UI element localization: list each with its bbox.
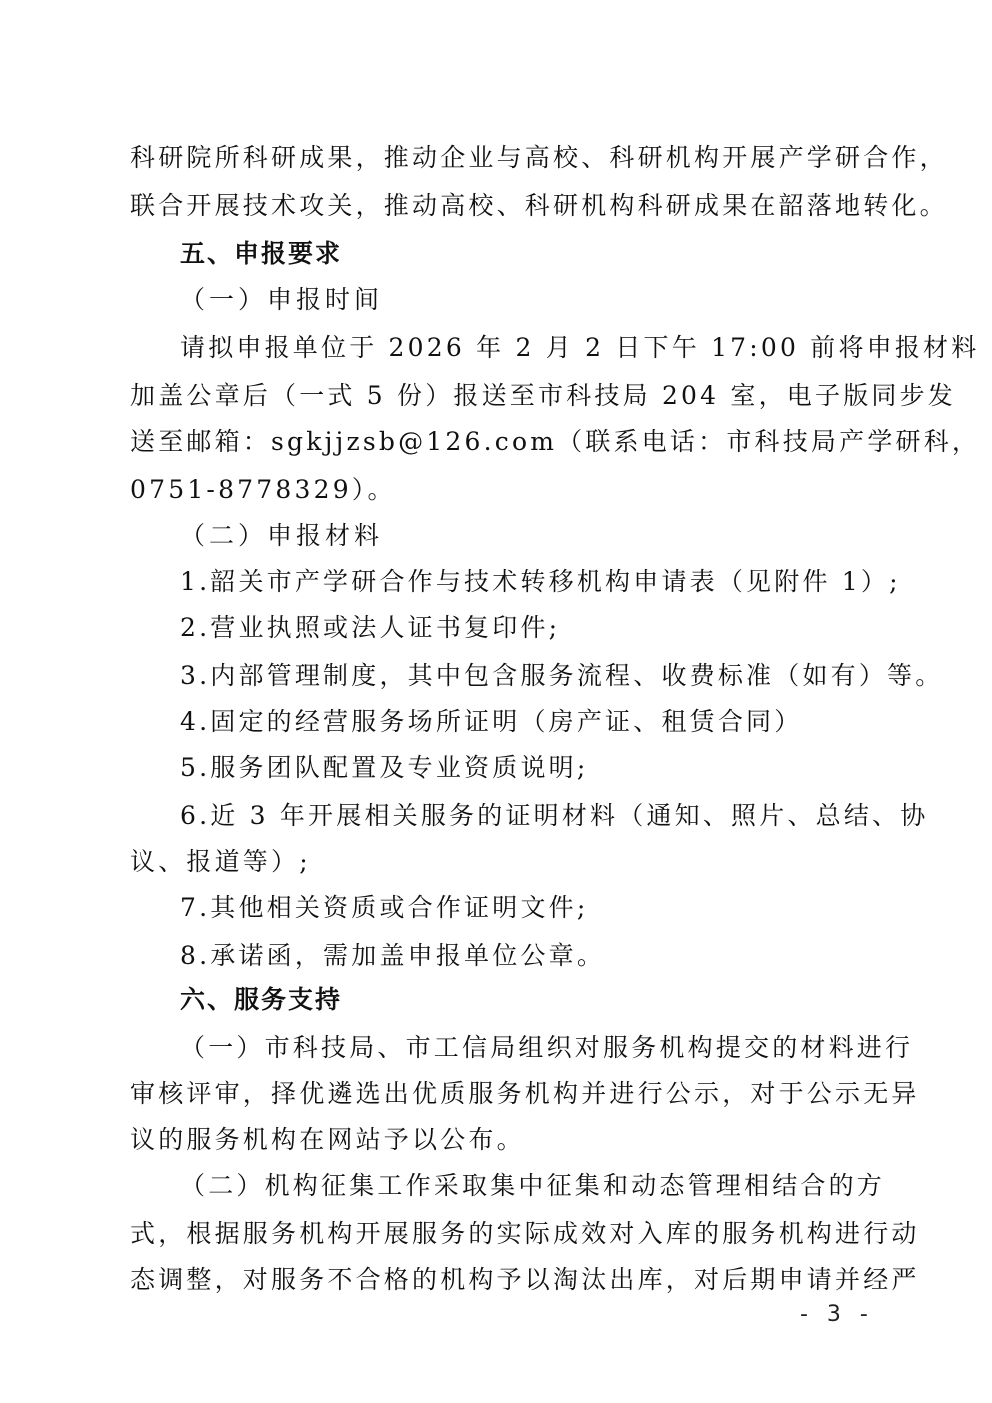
- list-item: 1.韶关市产学研合作与技术转移机构申请表（见附件 1）;: [180, 566, 920, 598]
- paragraph-line: 式，根据服务机构开展服务的实际成效对入库的服务机构进行动: [130, 1218, 870, 1250]
- list-item: 6.近 3 年开展相关服务的证明材料（通知、照片、总结、协: [180, 800, 920, 832]
- paragraph-line: 送至邮箱：sgkjjzsb@126.com（联系电话：市科技局产学研科，: [130, 426, 870, 458]
- list-item: 8.承诺函，需加盖申报单位公章。: [180, 940, 920, 972]
- paragraph-line: （二）机构征集工作采取集中征集和动态管理相结合的方: [180, 1170, 920, 1202]
- subsection-heading-materials: （二）申报材料: [180, 520, 920, 552]
- list-item: 5.服务团队配置及专业资质说明;: [180, 752, 920, 784]
- paragraph-line: 议的服务机构在网站予以公布。: [130, 1124, 870, 1156]
- section-heading-5: 五、申报要求: [180, 238, 920, 270]
- page-number: - 3 -: [800, 1302, 874, 1327]
- paragraph-line: 态调整，对服务不合格的机构予以淘汰出库，对后期申请并经严: [130, 1264, 870, 1296]
- list-item: 2.营业执照或法人证书复印件;: [180, 612, 920, 644]
- paragraph-line: 请拟申报单位于 2026 年 2 月 2 日下午 17:00 前将申报材料: [180, 332, 920, 364]
- list-item-continuation: 议、报道等）;: [130, 846, 870, 878]
- document-page: 科研院所科研成果，推动企业与高校、科研机构开展产学研合作， 联合开展技术攻关，推…: [0, 0, 992, 1403]
- list-item: 4.固定的经营服务场所证明（房产证、租赁合同）: [180, 706, 920, 738]
- list-item: 7.其他相关资质或合作证明文件;: [180, 892, 920, 924]
- paragraph-line: 审核评审，择优遴选出优质服务机构并进行公示，对于公示无异: [130, 1078, 870, 1110]
- section-heading-6: 六、服务支持: [180, 984, 920, 1016]
- paragraph-line: 加盖公章后（一式 5 份）报送至市科技局 204 室，电子版同步发: [130, 380, 870, 412]
- paragraph-line: 联合开展技术攻关，推动高校、科研机构科研成果在韶落地转化。: [130, 190, 870, 222]
- paragraph-line: 0751-8778329）。: [130, 474, 870, 506]
- paragraph-line: 科研院所科研成果，推动企业与高校、科研机构开展产学研合作，: [130, 142, 870, 174]
- paragraph-line: （一）市科技局、市工信局组织对服务机构提交的材料进行: [180, 1032, 920, 1064]
- list-item: 3.内部管理制度，其中包含服务流程、收费标准（如有）等。: [180, 660, 920, 692]
- subsection-heading-time: （一）申报时间: [180, 284, 920, 316]
